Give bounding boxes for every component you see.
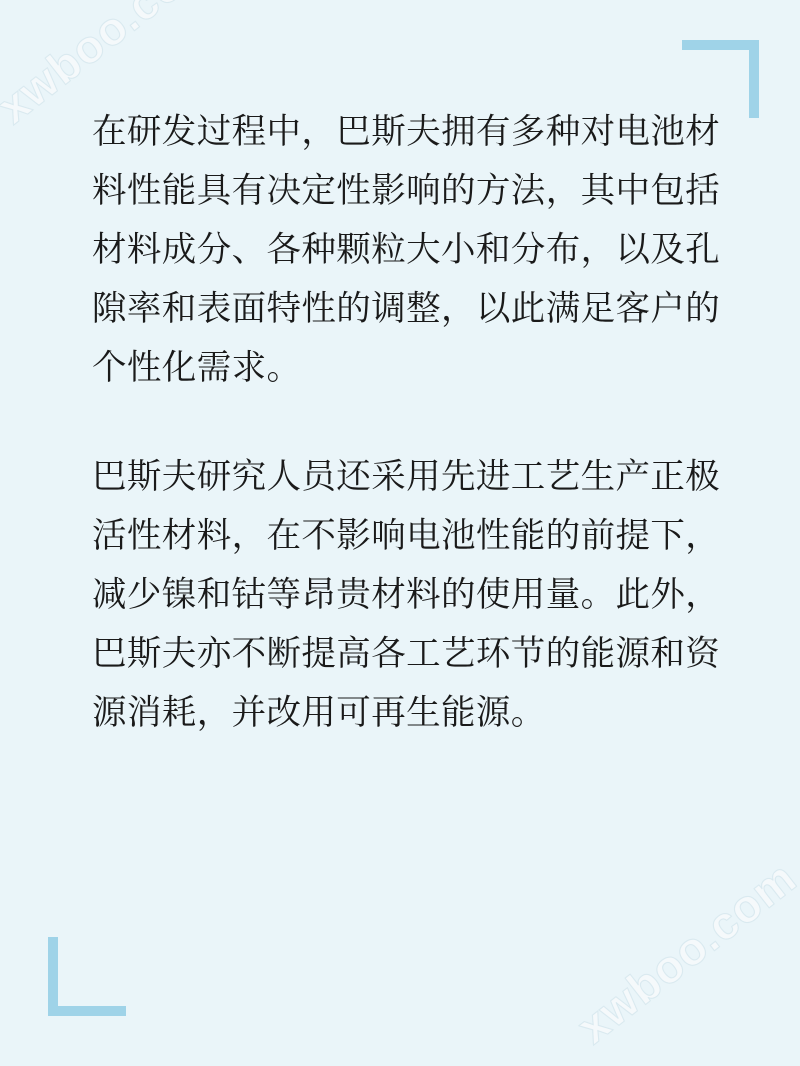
- paragraph-line: 隙率和表面特性的调整，以此满足客户的: [92, 280, 717, 339]
- paragraph-line: 巴斯夫亦不断提高各工艺环节的能源和资: [92, 625, 717, 684]
- bracket-top-right-vertical: [749, 40, 759, 118]
- paragraph-line: 材料成分、各种颗粒大小和分布，以及孔: [92, 221, 717, 280]
- article-body: 在研发过程中，巴斯夫拥有多种对电池材 料性能具有决定性影响的方法，其中包括 材料…: [92, 103, 717, 743]
- paragraph-line: 个性化需求。: [92, 339, 717, 398]
- paragraph-line: 减少镍和钴等昂贵材料的使用量。此外，: [92, 566, 717, 625]
- paragraph-line: 源消耗，并改用可再生能源。: [92, 684, 717, 743]
- paragraph-2: 巴斯夫研究人员还采用先进工艺生产正极 活性材料，在不影响电池性能的前提下， 减少…: [92, 448, 717, 743]
- watermark-bottom: xwboo.com: [567, 850, 800, 1054]
- paragraph-1: 在研发过程中，巴斯夫拥有多种对电池材 料性能具有决定性影响的方法，其中包括 材料…: [92, 103, 717, 398]
- paragraph-line: 料性能具有决定性影响的方法，其中包括: [92, 162, 717, 221]
- bracket-top-right-horizontal: [682, 40, 759, 50]
- paragraph-line: 活性材料，在不影响电池性能的前提下，: [92, 507, 717, 566]
- bracket-bottom-left-horizontal: [48, 1006, 126, 1016]
- bracket-bottom-left-vertical: [48, 937, 58, 1016]
- paragraph-line: 在研发过程中，巴斯夫拥有多种对电池材: [92, 103, 717, 162]
- paragraph-line: 巴斯夫研究人员还采用先进工艺生产正极: [92, 448, 717, 507]
